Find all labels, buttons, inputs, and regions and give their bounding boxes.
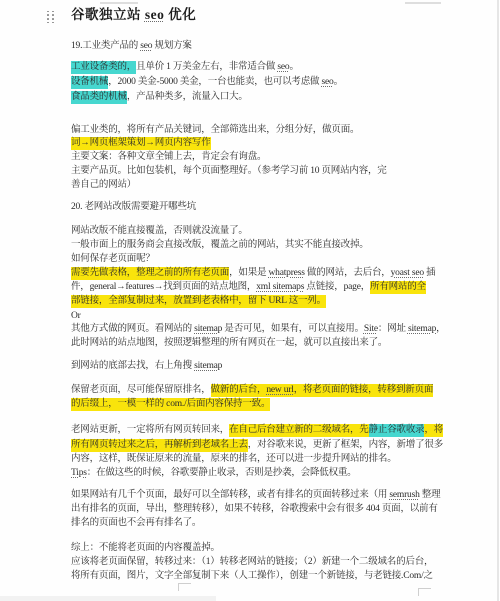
text-run: ，对谷歌来说，更新了框架，内容，新增了很多 — [248, 440, 443, 450]
text-run: 保留老页面，尽可能保留原排名， — [71, 385, 211, 395]
text-run: 应该将老页面保留，转移过来：（1）转移老网站的链接；（2）新建一个二级域名的后台… — [71, 557, 433, 567]
doc-line: 偏工业类的，将所有产品关键词，全部筛选出来，分组分好，做页面。 — [71, 124, 359, 137]
doc-line: 如何保存老页面呢？ — [71, 253, 155, 266]
text-run: yoast seo — [391, 268, 424, 278]
document-page: 谷歌独立站 seo 优化19.工业类产品的 seo 规划方案工业设备类的，且单价… — [0, 0, 500, 601]
text-run: 做的网站，去后台， — [305, 268, 391, 278]
doc-line: 网站改版不能直接覆盖，否则就没流量了。 — [71, 225, 248, 238]
doc-line: 的后缀上，一模一样的 com./后面内容保持一致。 — [71, 398, 270, 411]
page-corner-mark — [178, 583, 191, 591]
text-run: 。 — [289, 62, 298, 72]
text-run: ：在做这些的时候，谷歌要静止收录，否则是抄袭，会降低权重。 — [87, 468, 357, 478]
text-run: 是否可见，如果有，可以直接用。 — [222, 324, 364, 334]
text-run: 如何保存老页面呢？ — [71, 254, 155, 264]
highlighted-text-run: 做新的后台， — [211, 384, 267, 397]
doc-title: 谷歌独立站 seo 优化 — [71, 8, 196, 21]
highlighted-text-run: ，将老页面的链接，转移到新页面 — [294, 384, 434, 397]
page-right-edge — [497, 0, 499, 601]
doc-line: 综上：不能将老页面的内容覆盖掉。 — [71, 542, 220, 555]
text-run: 优化 — [164, 7, 196, 22]
text-run: sitemap — [408, 324, 436, 334]
doc-line: 一般市面上的服务商会直接改版，覆盖之前的网站，其实不能直接改掉。 — [71, 239, 369, 252]
doc-line: 排名的页面也不会再有排名了。 — [71, 517, 201, 530]
page-corner-mark — [418, 588, 431, 596]
text-run: 排名的页面也不会再有排名了。 — [71, 518, 201, 528]
text-run: 。 — [334, 77, 343, 87]
text-run: seo — [322, 77, 334, 87]
text-run: 如果网站有几千个页面，最好可以全部转移，或者有排名的页面转移过来（用 — [71, 490, 389, 500]
text-run: sitemap — [194, 324, 222, 334]
doc-line: 保留老页面，尽可能保留原排名，做新的后台，new url，将老页面的链接，转移到… — [71, 384, 433, 397]
highlighted-text-run: 设备机械 — [71, 76, 108, 89]
top-edge-artifact — [405, 2, 441, 4]
text-run: ，产品种类多，流量入口大。 — [127, 92, 248, 102]
highlighted-text-run: 所有网站的全 — [370, 281, 426, 294]
text-run: 善自己的网站） — [71, 180, 136, 190]
text-run: Or — [71, 311, 81, 321]
doc-line: 工业设备类的，且单价 1 万美金左右，非常适合做 seo。 — [71, 61, 299, 74]
doc-line: 老网站更新，一定将所有网页转回来，在自己后台建立新的二级域名，先静止谷歌收录，将 — [71, 424, 443, 437]
doc-line: 应该将老页面保留，转移过来：（1）转移老网站的链接；（2）新建一个二级域名的后台… — [71, 556, 433, 569]
doc-line: 此时网站的站点地图，按照逻辑整理的所有网页在一起，就可以直接出来了。 — [71, 337, 387, 350]
doc-line: 主要文案：各种文章全铺上去，肯定会有询盘。 — [71, 151, 266, 164]
highlighted-text-run: 在自己后台建立新的二级域名，先 — [229, 424, 369, 437]
text-run: 此时网站的站点地图，按照逻辑整理的所有网页在一起，就可以直接出来了。 — [71, 338, 387, 348]
doc-line: Tips：在做这些的时候，谷歌要静止收录，否则是抄袭，会降低权重。 — [71, 467, 356, 480]
drag-handle-icon[interactable] — [46, 10, 55, 24]
text-run: 19.工业类产品的 — [71, 41, 140, 51]
doc-line: 其他方式做的网页。看网站的 sitemap 是否可见，如果有，可以直接用。Sit… — [71, 323, 445, 336]
doc-line: 件，general→features→找到页面的站点地图，xml sitemap… — [71, 281, 426, 294]
doc-line: Or — [71, 310, 81, 323]
doc-line: 所有网页转过来之后，再解析到老域名上去，对谷歌来说，更新了框架，内容，新增了很多 — [71, 439, 443, 452]
text-run: ：网址 — [378, 324, 408, 334]
doc-line: 善自己的网站） — [71, 179, 136, 192]
text-run: 点链接，page， — [304, 282, 370, 292]
doc-line: 需要先做表格，整理之前的所有老页面，如果是 whatpress 做的网站，去后台… — [71, 267, 435, 280]
text-run: ，2000 美金-5000 美金，一台也能卖，也可以考虑做 — [108, 77, 321, 87]
doc-line: 设备机械，2000 美金-5000 美金，一台也能卖，也可以考虑做 seo。 — [71, 76, 343, 89]
text-run: 一般市面上的服务商会直接改版，覆盖之前的网站，其实不能直接改掉。 — [71, 240, 369, 250]
page-bottom-shade — [0, 596, 216, 601]
highlighted-text-run: new url — [266, 384, 293, 397]
text-run: 综上：不能将老页面的内容覆盖掉。 — [71, 543, 220, 553]
doc-line: 食品类的机械，产品种类多，流量入口大。 — [71, 91, 248, 104]
text-run: 主要产品页。比如包装机，每个页面整理好。（参考学习前 10 页网站内容，完 — [71, 166, 387, 176]
text-run: seo — [140, 41, 152, 51]
text-run: ， — [436, 324, 445, 334]
text-run: 偏工业类的，将所有产品关键词，全部筛选出来，分组分好，做页面。 — [71, 125, 359, 135]
text-run: seo — [277, 62, 289, 72]
text-run: 到网站的底部去找，右上角搜 — [71, 361, 194, 371]
highlighted-text-run: 所有网页转过来之后，再解析到老域名上去 — [71, 439, 248, 452]
highlighted-text-run: 部链接，全部复制过来，放置到老表格中，留下 URL 这一列。 — [71, 295, 326, 308]
highlighted-text-run: ，将 — [424, 424, 443, 437]
doc-line: 将所有页面，图片，文字全部复制下来（人工操作），创建一个新链接，与老链接.Com… — [71, 570, 433, 583]
text-run: 件，general→features→找到页面的站点地图， — [71, 282, 256, 292]
doc-line: 到网站的底部去找，右上角搜 sitemap — [71, 360, 222, 373]
text-run: xml sitemaps — [256, 282, 304, 292]
text-run: 将所有页面，图片，文字全部复制下来（人工操作），创建一个新链接，与老链接.Com… — [71, 571, 433, 581]
text-run: 20. 老网站改版需要避开哪些坑 — [71, 202, 196, 212]
text-run: 规划方案 — [152, 41, 191, 51]
text-run: semrush — [389, 490, 419, 500]
text-run: 内容，这样，既保证原来的流量，原来的排名，还可以进一步提升网站的排名。 — [71, 454, 397, 464]
highlighted-text-run: 静止谷歌收录 — [369, 424, 425, 437]
highlighted-text-run: 词→网页框架策划→网页内容写作 — [71, 137, 211, 150]
text-run: Site — [364, 324, 378, 334]
text-run: 整理 — [420, 490, 441, 500]
text-run: 网站改版不能直接覆盖，否则就没流量了。 — [71, 226, 248, 236]
text-run: 老网站更新，一定将所有网页转回来， — [71, 425, 229, 435]
text-run: 出有排名的页面，导出，整理转移），如果不转移，谷歌搜索中会有很多 404 页面，… — [71, 504, 438, 514]
doc-line: 词→网页框架策划→网页内容写作 — [71, 137, 211, 150]
highlighted-text-run: 的后缀上，一模一样的 com./后面内容保持一致。 — [71, 398, 270, 411]
top-edge-artifact — [100, 2, 138, 4]
doc-line: 如果网站有几千个页面，最好可以全部转移，或者有排名的页面转移过来（用 semru… — [71, 489, 440, 502]
doc-line: 部链接，全部复制过来，放置到老表格中，留下 URL 这一列。 — [71, 295, 326, 308]
highlighted-text-run: 食品类的机械 — [71, 91, 127, 104]
text-run: whatpress — [269, 268, 305, 278]
doc-line: 出有排名的页面，导出，整理转移），如果不转移，谷歌搜索中会有很多 404 页面，… — [71, 503, 438, 516]
text-run: seo — [145, 7, 165, 22]
doc-line: 内容，这样，既保证原来的流量，原来的排名，还可以进一步提升网站的排名。 — [71, 453, 397, 466]
doc-line: 20. 老网站改版需要避开哪些坑 — [71, 201, 196, 214]
text-run: sitemap — [194, 361, 222, 371]
text-run: 其他方式做的网页。看网站的 — [71, 324, 194, 334]
doc-line: 主要产品页。比如包装机，每个页面整理好。（参考学习前 10 页网站内容，完 — [71, 165, 387, 178]
highlighted-text-run: 需要先做表格，整理之前的所有老页面 — [71, 267, 229, 280]
highlighted-text-run: 工业设备类的， — [71, 61, 136, 74]
doc-line: 19.工业类产品的 seo 规划方案 — [71, 40, 192, 53]
text-run: 主要文案：各种文章全铺上去，肯定会有询盘。 — [71, 152, 266, 162]
text-run: 且单价 1 万美金左右，非常适合做 — [136, 62, 277, 72]
text-run: 谷歌独立站 — [71, 7, 145, 22]
text-run: ，如果是 — [229, 268, 268, 278]
text-run: 插 — [424, 268, 435, 278]
text-run: Tips — [71, 468, 87, 478]
